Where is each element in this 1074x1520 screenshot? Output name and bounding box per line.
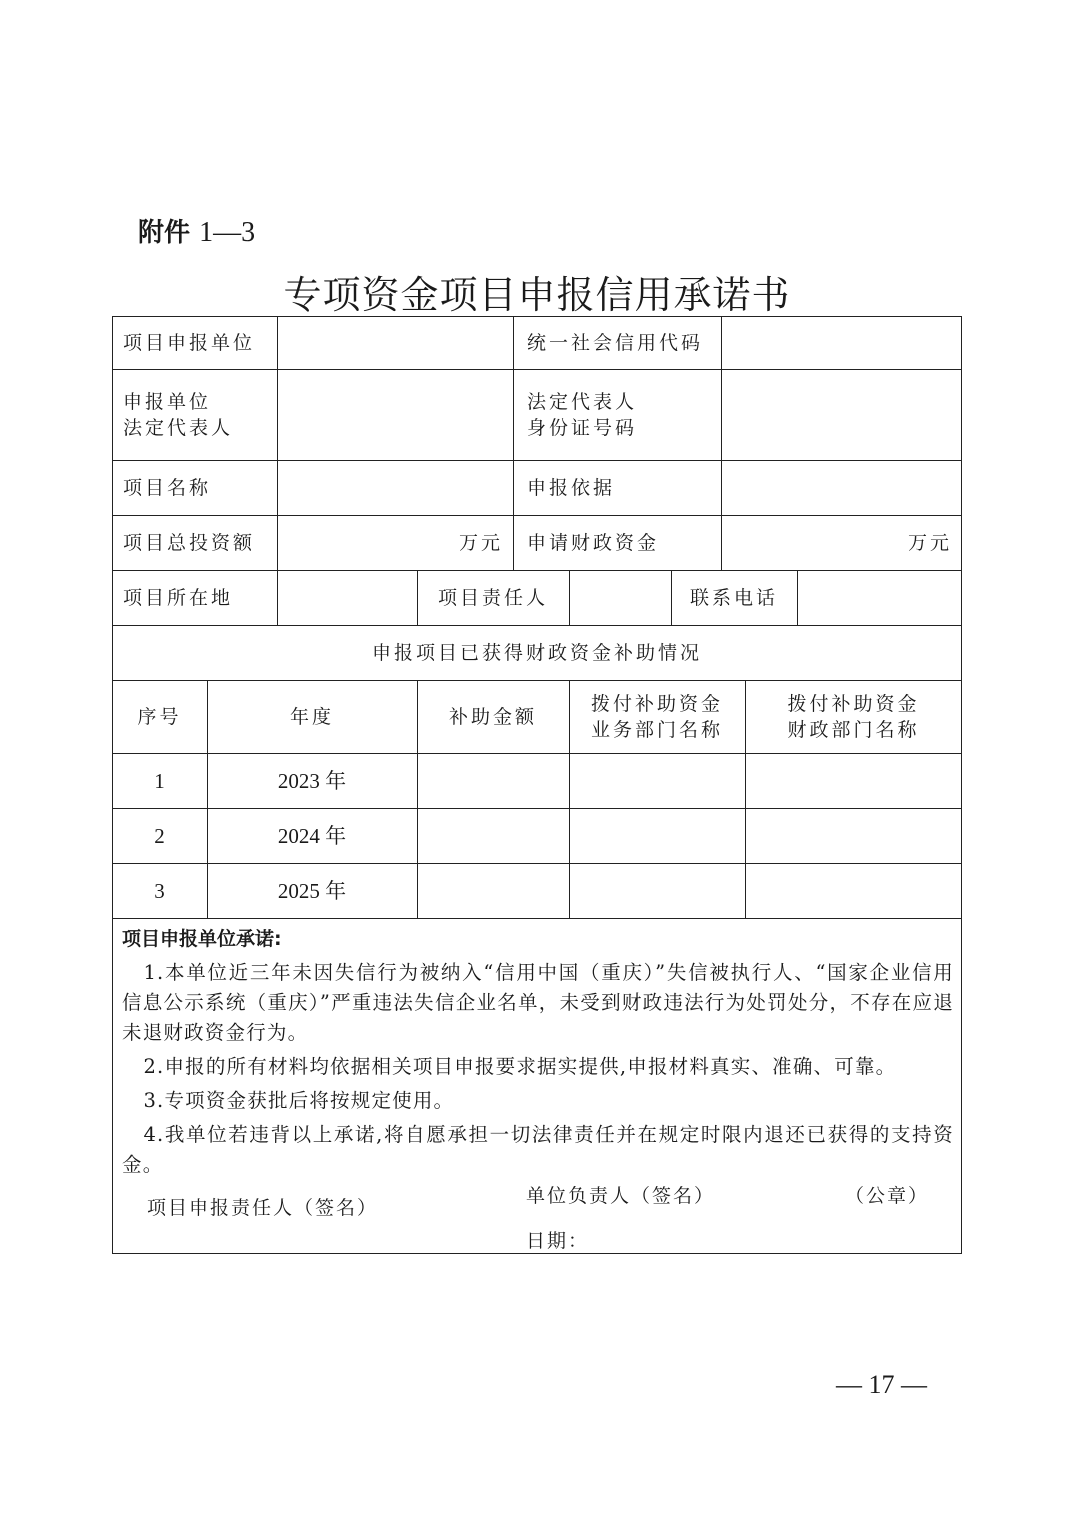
header-year: 年度 <box>207 680 417 753</box>
amount-field[interactable] <box>417 753 569 808</box>
requested-funds-field[interactable]: 万元 <box>721 515 962 570</box>
row-year: 2024 年 <box>207 808 417 863</box>
credit-code-field[interactable] <box>721 316 962 369</box>
pledge-item: 4.我单位若违背以上承诺,将自愿承担一切法律责任并在规定时限内退还已获得的支持资… <box>122 1120 954 1180</box>
business-dept-field[interactable] <box>569 753 745 808</box>
date-field[interactable]: 日期： <box>526 1226 589 1253</box>
legal-rep-id-field[interactable] <box>721 369 962 460</box>
total-investment-field[interactable]: 万元 <box>277 515 513 570</box>
row-index: 1 <box>112 753 207 808</box>
applicant-unit-field[interactable] <box>277 316 513 369</box>
header-amount: 补助金额 <box>417 680 569 753</box>
legal-rep-field[interactable] <box>277 369 513 460</box>
pledge-section: 项目申报单位承诺: 1.本单位近三年未因失信行为被纳入“信用中国（重庆）”失信被… <box>122 924 954 1184</box>
label-legal-rep: 申报单位 法定代表人 <box>112 369 277 460</box>
row-index: 3 <box>112 863 207 918</box>
divider <box>112 918 962 919</box>
location-field[interactable] <box>277 570 417 625</box>
label-credit-code: 统一社会信用代码 <box>513 316 721 369</box>
business-dept-field[interactable] <box>569 808 745 863</box>
pledge-item: 3.专项资金获批后将按规定使用。 <box>122 1086 954 1116</box>
header-index: 序号 <box>112 680 207 753</box>
label-phone: 联系电话 <box>671 570 797 625</box>
label-basis: 申报依据 <box>513 460 721 515</box>
header-finance-dept: 拨付补助资金 财政部门名称 <box>745 680 962 753</box>
pledge-item: 1.本单位近三年未因失信行为被纳入“信用中国（重庆）”失信被执行人、“国家企业信… <box>122 958 954 1048</box>
pledge-item: 2.申报的所有材料均依据相关项目申报要求据实提供,申报材料真实、准确、可靠。 <box>122 1052 954 1082</box>
label-project-name: 项目名称 <box>112 460 277 515</box>
project-responsible-field[interactable] <box>569 570 671 625</box>
label-legal-rep-id: 法定代表人 身份证号码 <box>513 369 721 460</box>
attachment-label: 附件 1—3 <box>138 212 255 249</box>
label-total-investment: 项目总投资额 <box>112 515 277 570</box>
page-number: — 17 — <box>836 1370 927 1400</box>
label-requested-funds: 申请财政资金 <box>513 515 721 570</box>
basis-field[interactable] <box>721 460 962 515</box>
phone-field[interactable] <box>797 570 962 625</box>
finance-dept-field[interactable] <box>745 753 962 808</box>
finance-dept-field[interactable] <box>745 863 962 918</box>
business-dept-field[interactable] <box>569 863 745 918</box>
row-year: 2023 年 <box>207 753 417 808</box>
label-location: 项目所在地 <box>112 570 277 625</box>
official-seal: （公章） <box>845 1181 929 1208</box>
amount-field[interactable] <box>417 863 569 918</box>
amount-field[interactable] <box>417 808 569 863</box>
attachment-prefix: 附件 <box>138 218 190 248</box>
pledge-title: 项目申报单位承诺: <box>122 924 954 954</box>
page-title: 专项资金项目申报信用承诺书 <box>0 264 1074 319</box>
unit-head-signature[interactable]: 单位负责人（签名） <box>526 1181 715 1208</box>
unit-wanyuan: 万元 <box>459 530 503 556</box>
label-applicant-unit: 项目申报单位 <box>112 316 277 369</box>
row-index: 2 <box>112 808 207 863</box>
unit-wanyuan: 万元 <box>908 530 952 556</box>
project-responsible-signature[interactable]: 项目申报责任人（签名） <box>147 1193 378 1220</box>
label-project-responsible: 项目责任人 <box>417 570 569 625</box>
finance-dept-field[interactable] <box>745 808 962 863</box>
attachment-number: 1—3 <box>199 217 255 248</box>
project-name-field[interactable] <box>277 460 513 515</box>
header-business-dept: 拨付补助资金 业务部门名称 <box>569 680 745 753</box>
subsidy-section-title: 申报项目已获得财政资金补助情况 <box>112 625 962 680</box>
row-year: 2025 年 <box>207 863 417 918</box>
